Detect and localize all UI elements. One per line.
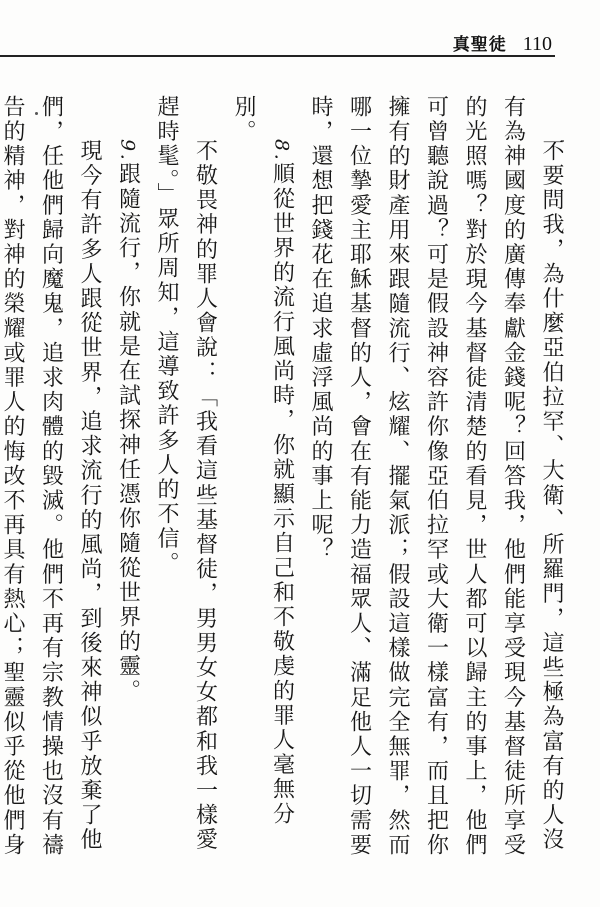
paragraph-text: 不敬畏神的罪人會說：「我看這些基督徒，男男女女都和我一樣愛趕時髦。」眾所周知，這… [154, 95, 218, 852]
scan-speck [35, 112, 38, 115]
point-text: 跟隨流行，你就是在試探神任憑你隨從世界的靈。 [116, 162, 141, 703]
running-header-title: 真聖徒 [453, 30, 507, 55]
paragraph-following-world: 現今有許多人跟從世界，追求流行的風尚，到後來神似乎放棄了他們，任他們歸向魔鬼，追… [0, 95, 108, 875]
running-header: 真聖徒 110 [453, 30, 552, 56]
paragraph-text: 現今有許多人跟從世界，追求流行的風尚，到後來神似乎放棄了他們，任他們歸向魔鬼，追… [0, 95, 102, 858]
point-number: 8. [271, 139, 293, 162]
scanned-book-page: 真聖徒 110 不要問我，為什麼亞伯拉罕、大衛、所羅門，這些極為富有的人沒有為神… [0, 0, 600, 907]
paragraph-text: 不要問我，為什麼亞伯拉罕、大衛、所羅門，這些極為富有的人沒有為神國度的廣傳奉獻金… [308, 95, 564, 858]
vertical-body-text: 不要問我，為什麼亞伯拉罕、大衛、所羅門，這些極為富有的人沒有為神國度的廣傳奉獻金… [25, 95, 570, 875]
paragraph-ungodly-sinners: 不敬畏神的罪人會說：「我看這些基督徒，男男女女都和我一樣愛趕時髦。」眾所周知，這… [147, 95, 224, 875]
numbered-point-8: 8.順從世界的流行風尚時，你就顯示自己和不敬虔的罪人毫無分別。 [224, 95, 301, 875]
page-number: 110 [523, 33, 552, 56]
paragraph-wealth-question: 不要問我，為什麼亞伯拉罕、大衛、所羅門，這些極為富有的人沒有為神國度的廣傳奉獻金… [301, 95, 571, 875]
point-text: 順從世界的流行風尚時，你就顯示自己和不敬虔的罪人毫無分別。 [231, 95, 295, 827]
point-number: 9. [117, 139, 139, 162]
scan-speck [562, 140, 564, 142]
numbered-point-9: 9.跟隨流行，你就是在試探神任憑你隨從世界的靈。 [108, 95, 147, 875]
header-rule-divider [0, 55, 555, 57]
